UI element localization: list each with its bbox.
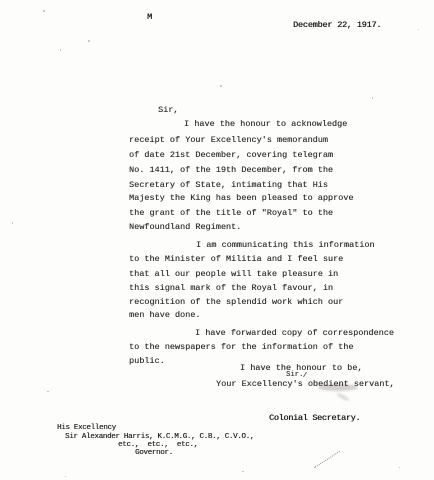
pencil-mark <box>314 451 340 468</box>
body-line: I have forwarded copy of correspondence <box>195 329 394 338</box>
body-line: that all our people will take pleasure i… <box>129 270 338 279</box>
file-mark: M <box>147 13 152 22</box>
body-line: the grant of the title of "Royal" to the <box>129 209 333 218</box>
body-line: No. 1411, of the 19th December, from the <box>129 166 333 175</box>
scanned-letter-page: M December 22, 1917. Sir, I have the hon… <box>0 0 434 480</box>
body-line: receipt of Your Excellency's memorandum <box>129 136 328 145</box>
scan-speck <box>418 29 419 30</box>
scan-speck <box>242 471 244 472</box>
scan-speck <box>12 222 13 224</box>
body-line: I have the honour to acknowledge <box>184 120 347 129</box>
address-line: Governor. <box>135 449 173 457</box>
body-line: to the newspapers for the information of… <box>129 343 353 352</box>
scan-speck <box>399 467 400 468</box>
scan-speck <box>220 85 222 87</box>
body-line: Secretary of State, intimating that His <box>129 181 328 190</box>
signature-title-line: Colonial Secretary. <box>269 414 360 423</box>
body-line: public. <box>129 357 165 366</box>
address-line: Sir Alexander Harris, K.C.M.G., C.B., C.… <box>65 433 254 441</box>
closing-line: Your Excellency's obedient servant, <box>216 380 395 389</box>
scan-speck <box>47 391 49 392</box>
salutation-line: Sir, <box>158 106 178 115</box>
inserted-sir-line: Sir. <box>286 371 303 379</box>
address-line: etc., etc., etc., <box>118 441 198 449</box>
scan-speck <box>60 49 61 51</box>
scan-speck <box>65 476 66 477</box>
body-line: recognition of the splendid work which o… <box>129 298 343 307</box>
scan-speck <box>43 10 45 12</box>
ink-smudge <box>336 392 350 402</box>
body-line: men have done. <box>129 311 200 320</box>
body-line: Majesty the King has been pleased to app… <box>129 194 353 203</box>
scan-speck <box>88 40 90 42</box>
body-line: this signal mark of the Royal favour, in <box>129 284 333 293</box>
body-line: to the Minister of Militia and I feel su… <box>129 255 343 264</box>
body-line: I am communicating this information <box>196 241 375 250</box>
address-line: His Excellency <box>57 424 116 432</box>
scan-speck <box>372 97 373 99</box>
body-line: of date 21st December, covering telegram <box>129 151 333 160</box>
body-line: Newfoundland Regiment. <box>129 223 241 232</box>
date-line: December 22, 1917. <box>293 21 381 30</box>
